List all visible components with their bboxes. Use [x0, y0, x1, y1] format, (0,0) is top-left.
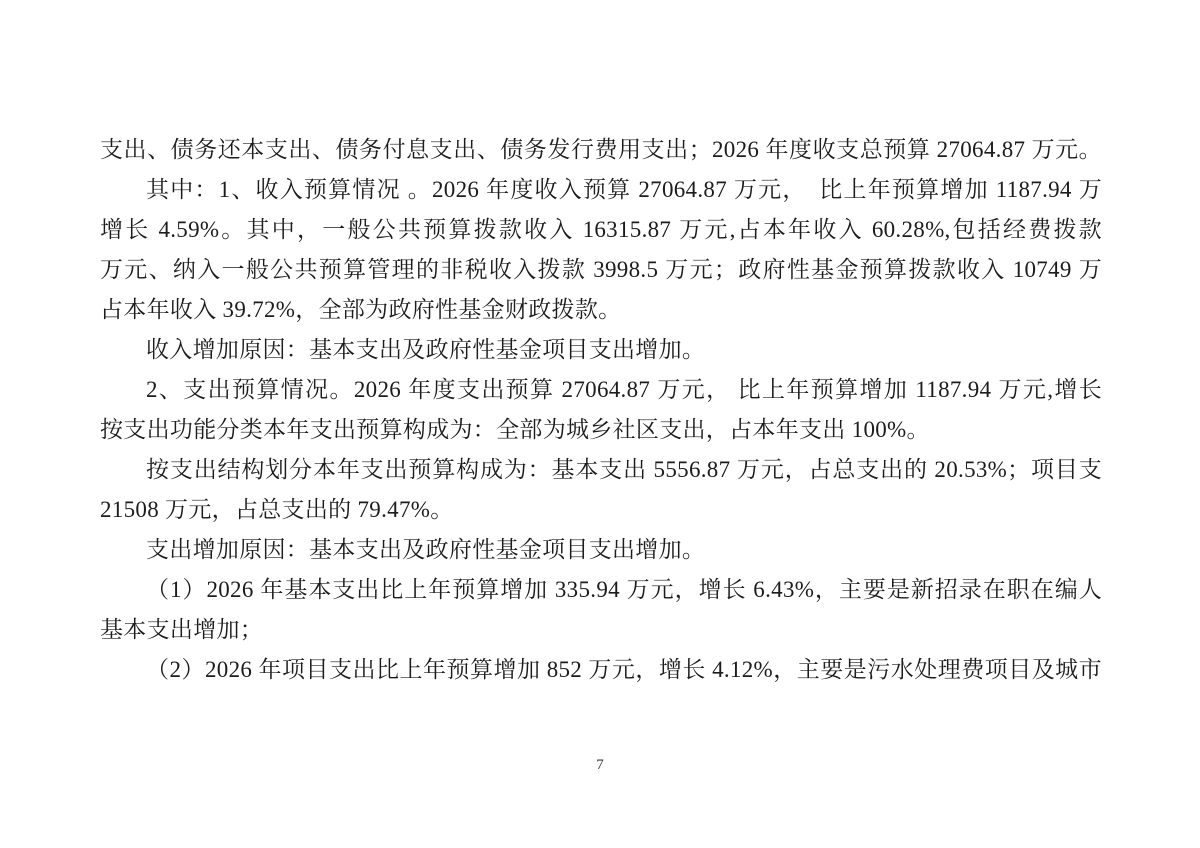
document-page: 支出、债务还本支出、债务付息支出、债务发行费用支出；2026 年度收支总预算 2… — [0, 0, 1200, 848]
text-line: 基本支出增加； — [100, 610, 1102, 650]
document-body: 支出、债务还本支出、债务付息支出、债务发行费用支出；2026 年度收支总预算 2… — [100, 130, 1102, 690]
text-line: 增长 4.59%。其中，一般公共预算拨款收入 16315.87 万元,占本年收入… — [100, 210, 1102, 250]
text-line: 21508 万元，占总支出的 79.47%。 — [100, 490, 1102, 530]
text-line: 按支出功能分类本年支出预算构成为：全部为城乡社区支出，占本年支出 100%。 — [100, 410, 1102, 450]
page-footer: 7 — [0, 756, 1200, 774]
text-line: 万元、纳入一般公共预算管理的非税收入拨款 3998.5 万元；政府性基金预算拨款… — [100, 250, 1102, 290]
text-line: 2、支出预算情况。2026 年度支出预算 27064.87 万元， 比上年预算增… — [100, 370, 1102, 410]
text-line: 收入增加原因：基本支出及政府性基金项目支出增加。 — [100, 330, 1102, 370]
text-line: 按支出结构划分本年支出预算构成为：基本支出 5556.87 万元，占总支出的 2… — [100, 450, 1102, 490]
text-line: 占本年收入 39.72%，全部为政府性基金财政拨款。 — [100, 290, 1102, 330]
text-line: 支出、债务还本支出、债务付息支出、债务发行费用支出；2026 年度收支总预算 2… — [100, 130, 1102, 170]
text-line: （2）2026 年项目支出比上年预算增加 852 万元，增长 4.12%，主要是… — [100, 650, 1102, 690]
text-line: 支出增加原因：基本支出及政府性基金项目支出增加。 — [100, 530, 1102, 570]
page-number: 7 — [596, 757, 604, 773]
text-line: （1）2026 年基本支出比上年预算增加 335.94 万元，增长 6.43%，… — [100, 570, 1102, 610]
text-line: 其中：1、收入预算情况 。2026 年度收入预算 27064.87 万元， 比上… — [100, 170, 1102, 210]
